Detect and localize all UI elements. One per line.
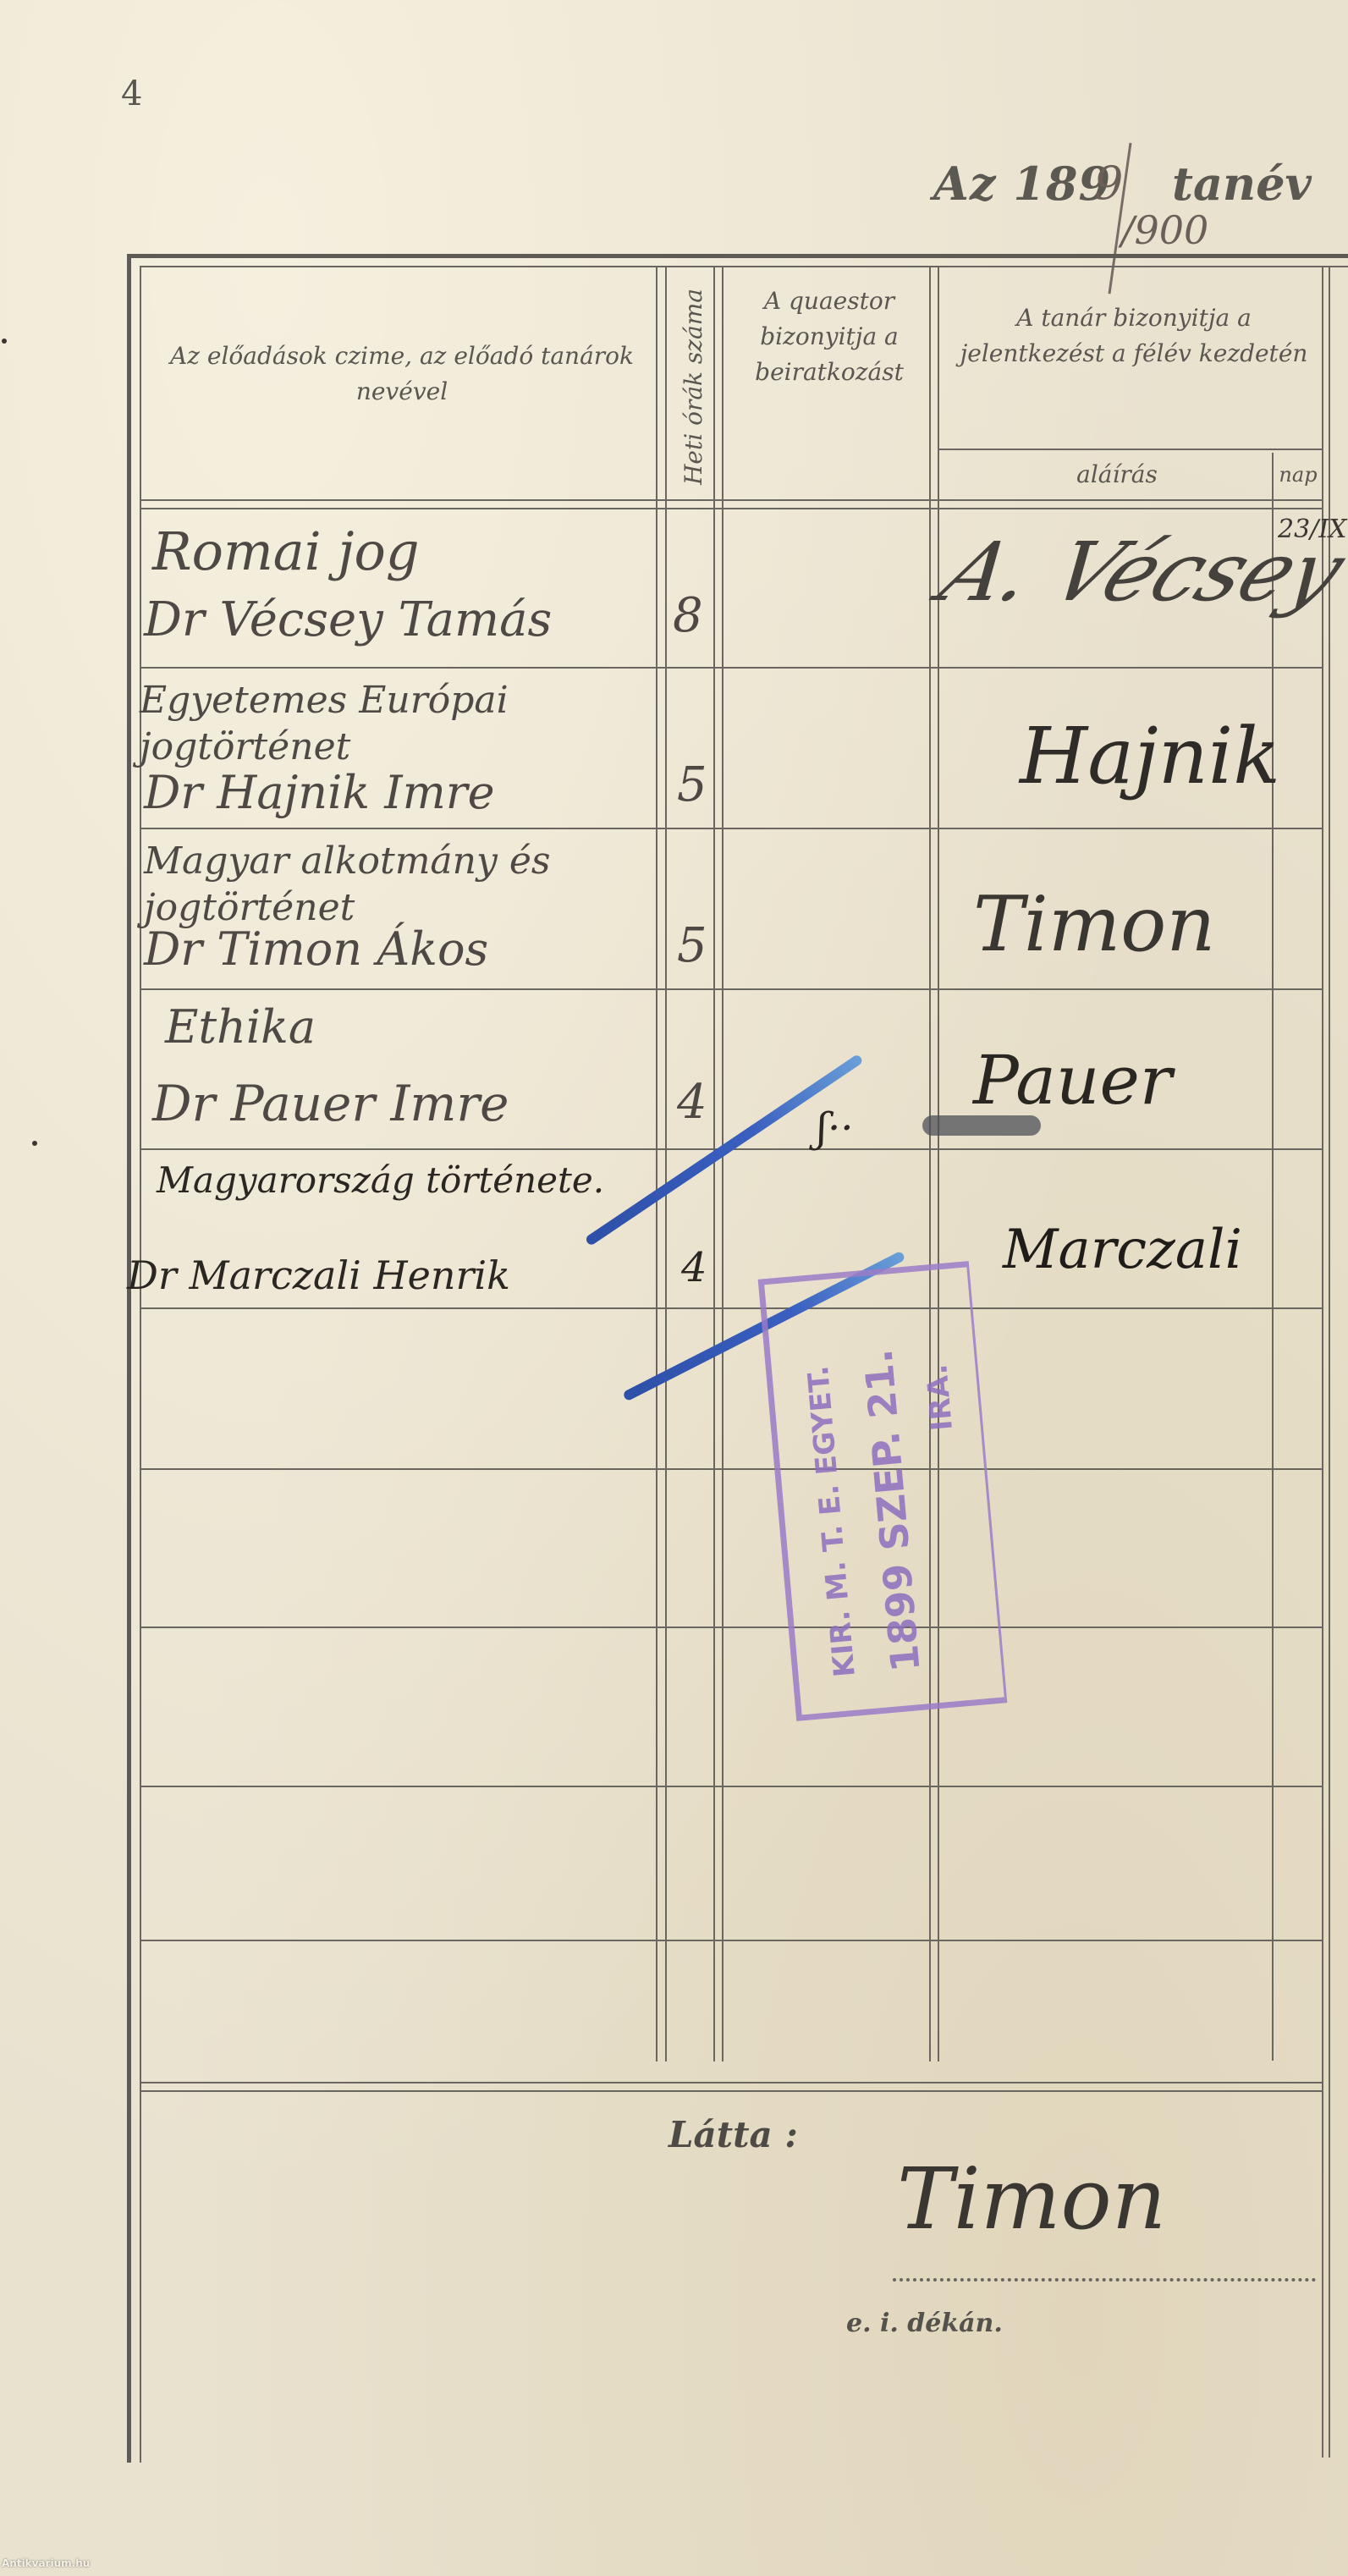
dean-signature: Timon	[897, 2149, 1166, 2248]
row-divider	[140, 1468, 1322, 1470]
ink-speck	[2, 339, 7, 344]
row-divider	[140, 1940, 1322, 1941]
year-title-printed: Az 189	[933, 157, 1111, 211]
stamp-text-date: 1899 SZEP. 21.	[855, 1347, 928, 1673]
col-divider-3b	[938, 266, 939, 2061]
table-left-border	[127, 254, 131, 2463]
header-professor: A tanár bizonyitja a jelentkezést a félé…	[956, 300, 1312, 372]
weekly-hours: 4	[677, 1075, 707, 1130]
col-divider-1a	[656, 266, 657, 2061]
dean-title: e. i. dékán.	[846, 2309, 1003, 2338]
year-title-second-year: /900	[1121, 207, 1208, 253]
course-title: Magyar alkotmány és jogtörténet	[144, 838, 652, 931]
seen-label: Látta :	[668, 2114, 798, 2155]
watermark: Antikvarium.hu	[2, 2557, 90, 2569]
table-body-bottom-border	[140, 2090, 1322, 2092]
signature-day: 23/IX	[1278, 515, 1347, 544]
teacher-name: Dr Vécsey Tamás	[144, 592, 552, 647]
header-course: Az előadások czime, az előadó tanárok ne…	[161, 339, 643, 410]
professor-signature: Timon	[973, 880, 1215, 969]
course-title: Romai jog	[152, 520, 420, 582]
header-weekly-hours: Heti órák száma	[660, 279, 728, 499]
course-title: Magyarország története.	[157, 1159, 630, 1202]
row-divider	[140, 667, 1322, 669]
table-right-outer-border	[1329, 266, 1330, 2458]
ink-speck	[32, 1141, 37, 1146]
row-divider	[140, 828, 1322, 829]
row-divider	[140, 1627, 1322, 1628]
stamp-text-office: IRA.	[920, 1362, 960, 1432]
course-title: Egyetemes Európai jogtörténet	[140, 677, 647, 770]
header-bottom-border	[140, 499, 1322, 501]
header-day: nap	[1274, 457, 1323, 493]
teacher-name: Dr Timon Ákos	[144, 922, 488, 976]
stamp-text-institution: KIR. M. T. E. EGYET.	[801, 1364, 862, 1678]
teacher-name: Dr Marczali Henrik	[127, 1252, 510, 1298]
weekly-hours: 8	[673, 588, 703, 643]
col-divider-2b	[722, 266, 724, 2061]
course-title: Ethika	[165, 1000, 316, 1054]
row-divider	[140, 1307, 1322, 1309]
registration-stamp: KIR. M. T. E. EGYET. 1899 SZEP. 21. IRA.	[758, 1261, 1008, 1721]
col-divider-3a	[929, 266, 931, 2061]
header-quaestor: A quaestor bizonyitja a beiratkozást	[736, 283, 922, 390]
page-number: 4	[121, 74, 142, 113]
header-bottom-border-inner	[140, 508, 1322, 509]
year-title-handwritten-digit: 9	[1094, 157, 1123, 210]
table-left-inner-border	[140, 266, 141, 2463]
row-divider	[140, 1786, 1322, 1787]
header-signature: aláírás	[999, 457, 1235, 493]
col-divider-1b	[665, 266, 667, 2061]
row-divider	[140, 988, 1322, 990]
header-subdivider	[939, 449, 1322, 450]
footer-top-border	[140, 2082, 1322, 2083]
quaestor-mark: ʃ··	[817, 1104, 854, 1152]
table-top-border	[127, 254, 1348, 258]
weekly-hours: 5	[677, 757, 707, 812]
weekly-hours: 5	[677, 918, 707, 973]
ink-blot	[922, 1115, 1041, 1136]
signature-dotted-line	[893, 2278, 1316, 2282]
teacher-name: Dr Pauer Imre	[152, 1075, 509, 1132]
professor-signature: Pauer	[973, 1041, 1172, 1120]
col-divider-2a	[713, 266, 715, 2061]
weekly-hours: 4	[681, 1244, 707, 1291]
col-divider-nap	[1272, 453, 1274, 2061]
teacher-name: Dr Hajnik Imre	[144, 766, 495, 819]
year-title-suffix: tanév	[1172, 157, 1312, 211]
professor-signature: Hajnik	[1020, 711, 1280, 801]
professor-signature: Marczali	[1003, 1219, 1242, 1281]
table-top-inner-border	[140, 266, 1348, 267]
